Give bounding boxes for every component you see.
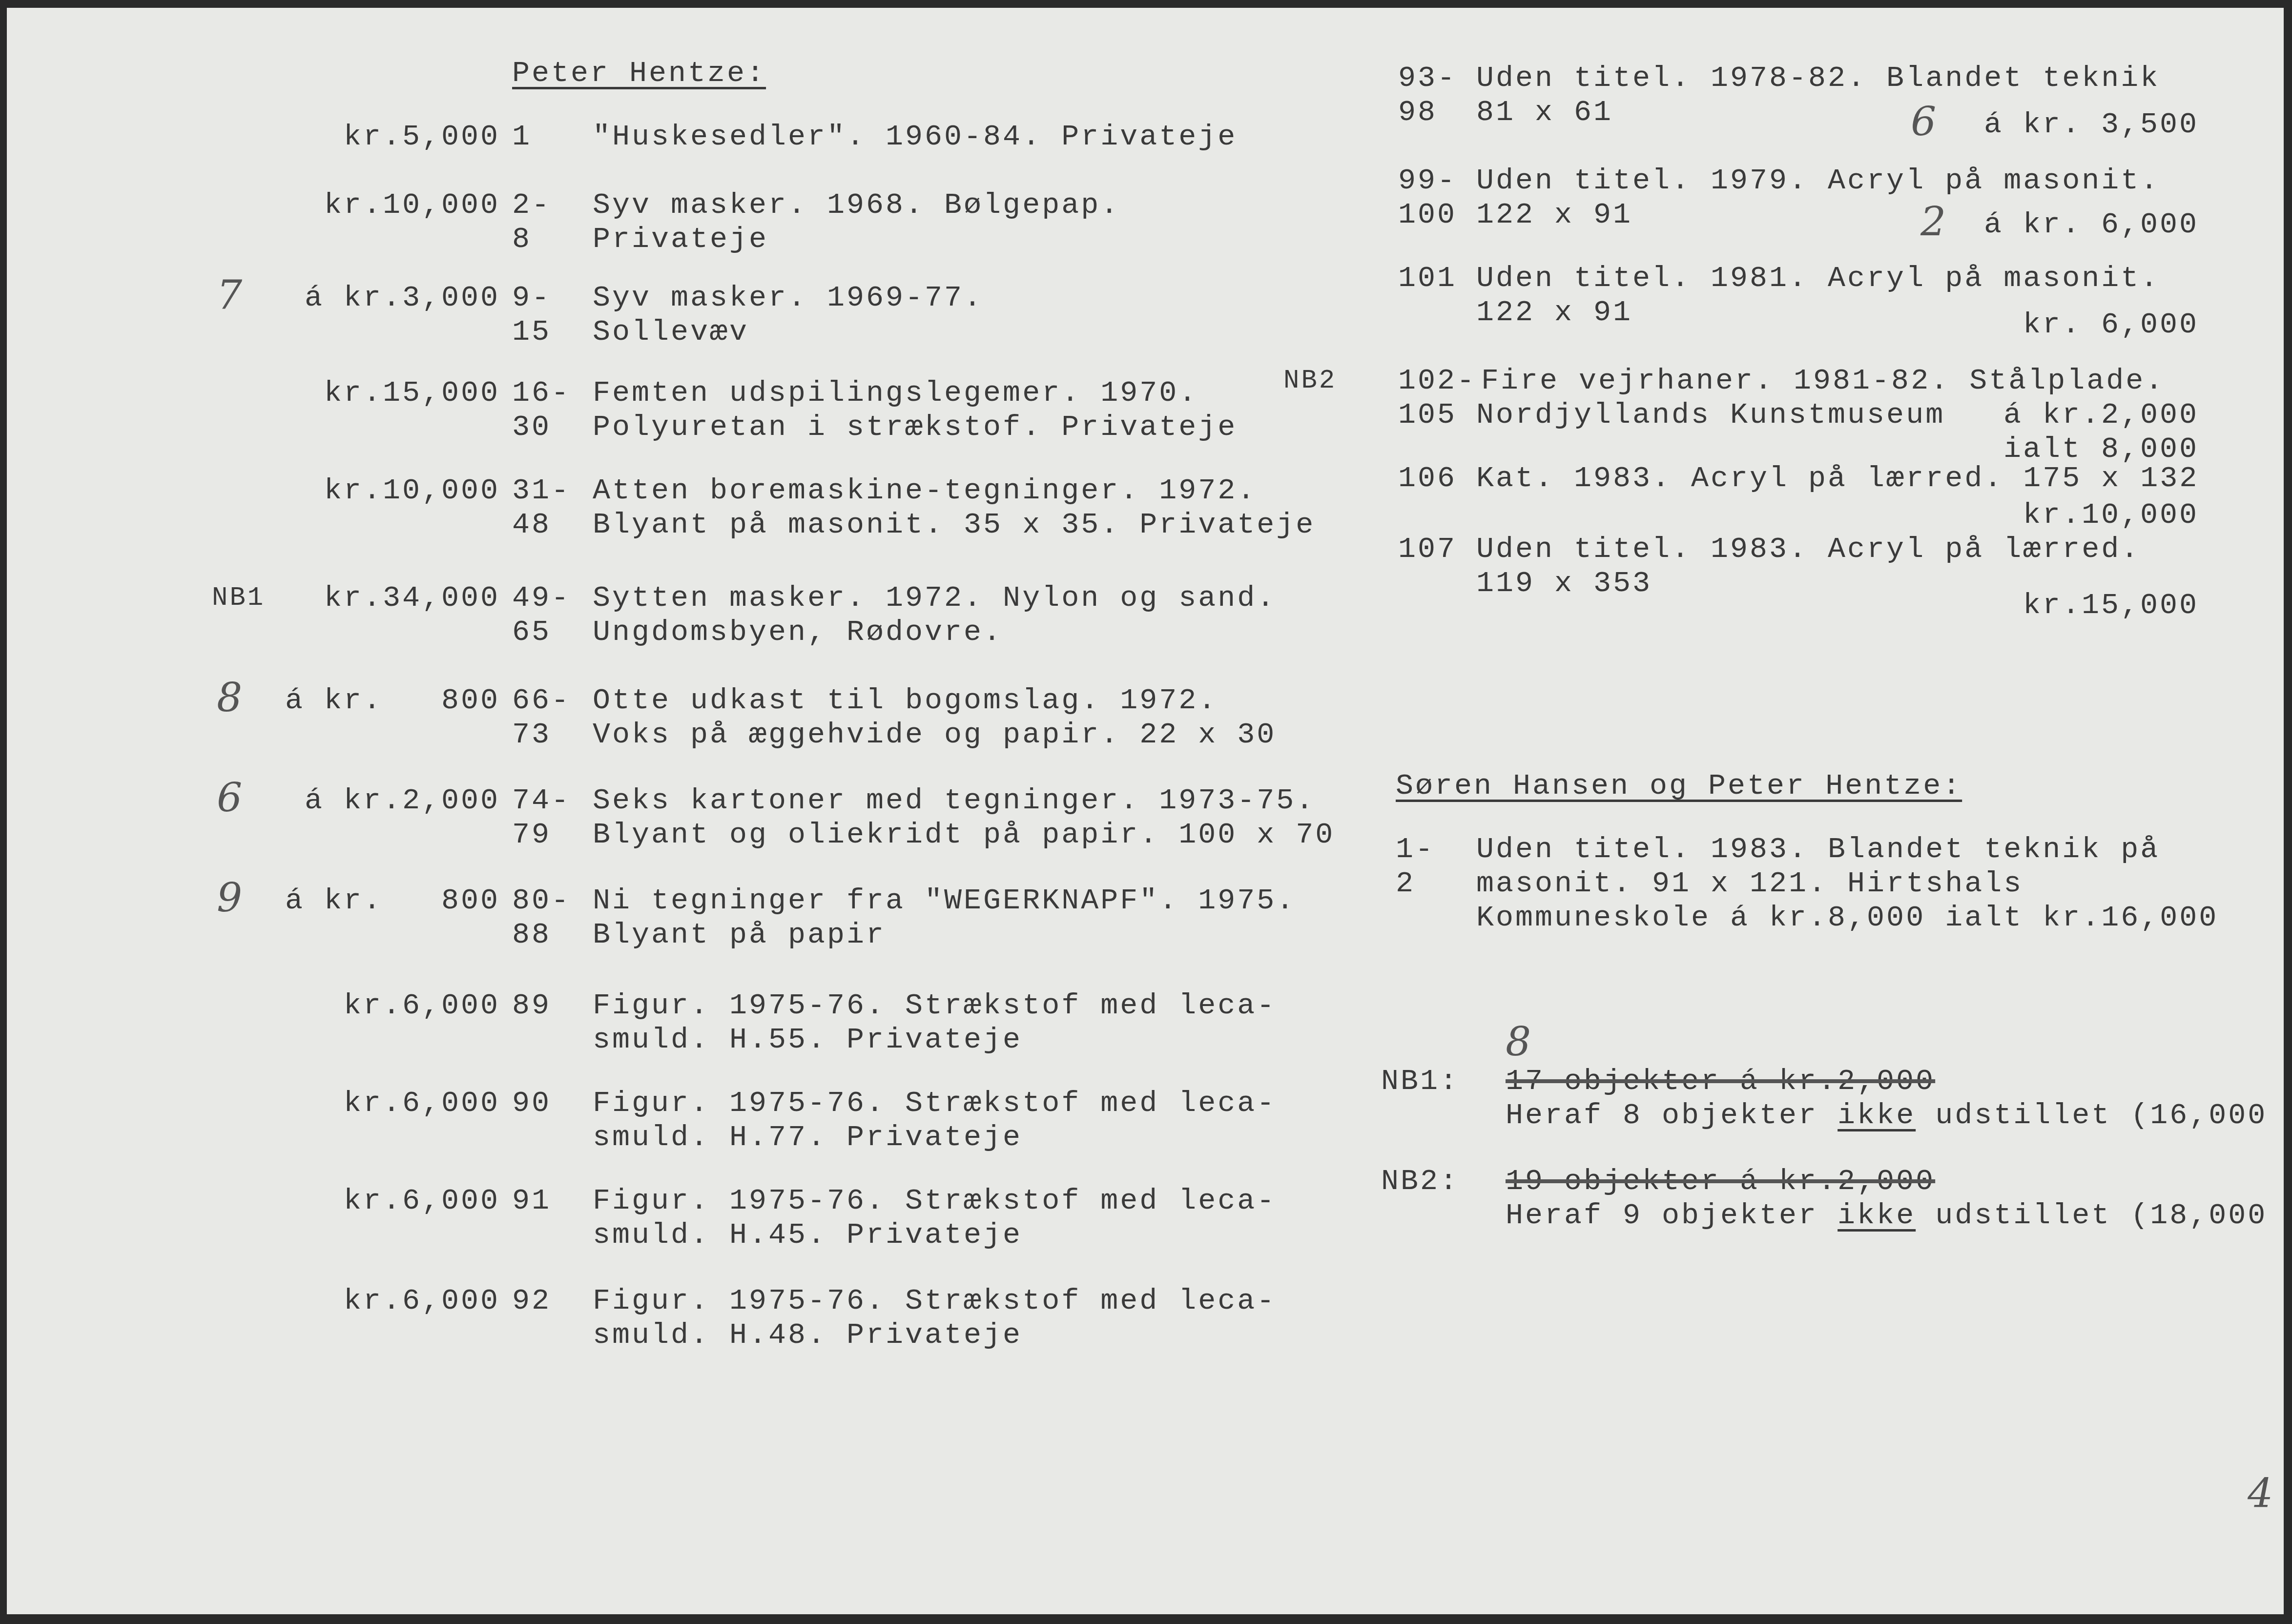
- entry-number-end: 73: [512, 718, 551, 752]
- entry-line-1: Uden titel. 1979. Acryl på masonit.: [1476, 164, 2160, 198]
- entry-line-2: Sollevæv: [593, 315, 749, 349]
- entry-line-2: smuld. H.55. Privateje: [593, 1023, 1022, 1057]
- entry-line-1: Uden titel. 1983. Blandet teknik på: [1476, 833, 2160, 867]
- entry-line-1: Uden titel. 1978-82. Blandet teknik: [1476, 62, 2160, 96]
- count-mark: NB1: [212, 581, 265, 616]
- entry-number-start: 66-: [512, 684, 571, 718]
- entry-line-1: Figur. 1975-76. Strækstof med leca-: [593, 1184, 1276, 1218]
- entry-line-1: Seks kartoner med tegninger. 1973-75.: [593, 784, 1315, 818]
- entry-number-start: 91: [512, 1184, 551, 1218]
- price: á kr.2,000: [1862, 398, 2199, 432]
- price: kr.10,000: [270, 474, 500, 508]
- entry-number-start: 31-: [512, 474, 571, 508]
- price: á kr.3,000: [270, 281, 500, 315]
- entry-line-1: Uden titel. 1983. Acryl på lærred.: [1476, 533, 2140, 567]
- entry-line-1: Atten boremaskine-tegninger. 1972.: [593, 474, 1257, 508]
- entry-line-2: 122 x 91: [1476, 296, 1632, 330]
- entry-line-2: 81 x 61: [1476, 96, 1613, 130]
- entry-number-end: 2: [1396, 867, 1415, 901]
- entry-line-1: Fire vejrhaner. 1981-82. Stålplade.: [1481, 364, 2165, 398]
- page-number: 4: [2248, 1472, 2273, 1516]
- entry-number-start: 1: [512, 120, 532, 154]
- entry-number-start: 89: [512, 989, 551, 1023]
- struck-text: 17 objekter á kr.2,000: [1506, 1065, 1935, 1099]
- entry-line-2: Blyant på papir: [593, 918, 886, 952]
- entry-line-1: Syv masker. 1968. Bølgepap.: [593, 188, 1120, 223]
- heading-peter-hentze: Peter Hentze:: [512, 57, 766, 91]
- entry-line-2: masonit. 91 x 121. Hirtshals: [1476, 867, 2023, 901]
- entry-number-end: 98: [1398, 96, 1437, 130]
- entry-number-end: 88: [512, 918, 551, 952]
- entry-number-end: 79: [512, 818, 551, 852]
- entry-line-1: Kat. 1983. Acryl på lærred. 175 x 132: [1476, 462, 2199, 496]
- entry-line-2: Blyant på masonit. 35 x 35. Privateje: [593, 508, 1315, 542]
- entry-line-2: smuld. H.77. Privateje: [593, 1121, 1022, 1155]
- price: kr.10,000: [270, 188, 500, 223]
- price: kr.6,000: [270, 1284, 500, 1318]
- entry-number-start: 16-: [512, 376, 571, 411]
- entry-number-start: 90: [512, 1087, 551, 1121]
- price: kr.15,000: [1862, 589, 2199, 623]
- count-mark: 7: [217, 274, 242, 318]
- entry-number-start: 106: [1398, 462, 1457, 496]
- entry-line-2: 119 x 353: [1476, 567, 1652, 601]
- price: kr.6,000: [270, 989, 500, 1023]
- entry-line-1: Syv masker. 1969-77.: [593, 281, 983, 315]
- entry-line-1: Otte udkast til bogomslag. 1972.: [593, 684, 1218, 718]
- entry-line-1: "Huskesedler". 1960-84. Privateje: [593, 120, 1237, 154]
- entry-number-end: 100: [1398, 198, 1457, 232]
- price: á kr. 6,000: [1862, 208, 2199, 242]
- document-page: Peter Hentze: kr.5,0001"Huskesedler". 19…: [7, 8, 2284, 1614]
- entry-number-start: 80-: [512, 884, 571, 918]
- note-label: NB2:: [1381, 1165, 1459, 1199]
- entry-number-end: 8: [512, 223, 532, 257]
- entry-line-1: Sytten masker. 1972. Nylon og sand.: [593, 581, 1276, 616]
- emphasis-ikke: ikke: [1838, 1199, 1916, 1233]
- entry-line-2: 122 x 91: [1476, 198, 1632, 232]
- price: kr.6,000: [270, 1087, 500, 1121]
- handwritten-correction: 8: [1506, 1021, 1531, 1065]
- entry-number-start: 2-: [512, 188, 551, 223]
- note-text: Heraf 8 objekter ikke udstillet (16,000: [1506, 1099, 2267, 1133]
- entry-line-1: Ni tegninger fra "WEGERKNAPF". 1975.: [593, 884, 1296, 918]
- note-text: Heraf 9 objekter ikke udstillet (18,000: [1506, 1199, 2267, 1233]
- heading-soren-hansen-peter-hentze: Søren Hansen og Peter Hentze:: [1396, 769, 1962, 803]
- entry-line-2: smuld. H.45. Privateje: [593, 1218, 1022, 1253]
- entry-number-start: 9-: [512, 281, 551, 315]
- entry-number-start: 74-: [512, 784, 571, 818]
- entry-line-2: Voks på æggehvide og papir. 22 x 30: [593, 718, 1276, 752]
- entry-line-3: Kommuneskole á kr.8,000 ialt kr.16,000: [1476, 901, 2218, 935]
- entry-line-1: Uden titel. 1981. Acryl på masonit.: [1476, 262, 2160, 296]
- entry-line-2: Polyuretan i strækstof. Privateje: [593, 411, 1237, 445]
- price: kr.10,000: [1862, 498, 2199, 533]
- entry-line-2: smuld. H.48. Privateje: [593, 1318, 1022, 1353]
- entry-number-end: 48: [512, 508, 551, 542]
- entry-number-start: 102-: [1398, 364, 1476, 398]
- count-mark: 8: [217, 677, 242, 720]
- price: kr.15,000: [270, 376, 500, 411]
- price: á kr. 800: [270, 684, 500, 718]
- entry-number-end: 105: [1398, 398, 1457, 432]
- price: á kr.2,000: [270, 784, 500, 818]
- count-mark: 6: [217, 777, 242, 821]
- entry-number-start: 107: [1398, 533, 1457, 567]
- entry-number-start: 101: [1398, 262, 1457, 296]
- price: kr.6,000: [270, 1184, 500, 1218]
- entry-number-start: 1-: [1396, 833, 1435, 867]
- entry-number-start: 93-: [1398, 62, 1457, 96]
- price: á kr. 800: [270, 884, 500, 918]
- entry-line-1: Figur. 1975-76. Strækstof med leca-: [593, 1087, 1276, 1121]
- entry-line-2: Ungdomsbyen, Rødovre.: [593, 616, 1003, 650]
- nb2-marker: NB2: [1283, 364, 1337, 398]
- entry-number-end: 30: [512, 411, 551, 445]
- entry-number-end: 15: [512, 315, 551, 349]
- entry-line-2: Blyant og oliekridt på papir. 100 x 70: [593, 818, 1335, 852]
- note-label: NB1:: [1381, 1065, 1459, 1099]
- entry-number-end: 65: [512, 616, 551, 650]
- price: kr. 6,000: [1862, 308, 2199, 342]
- entry-number-start: 99-: [1398, 164, 1457, 198]
- price: kr.34,000: [270, 581, 500, 616]
- emphasis-ikke: ikke: [1838, 1099, 1916, 1132]
- entry-number-start: 49-: [512, 581, 571, 616]
- entry-line-1: Figur. 1975-76. Strækstof med leca-: [593, 989, 1276, 1023]
- price: kr.5,000: [270, 120, 500, 154]
- entry-line-1: Figur. 1975-76. Strækstof med leca-: [593, 1284, 1276, 1318]
- struck-text: 19 objekter á kr.2,000: [1506, 1165, 1935, 1199]
- count-mark: 9: [217, 877, 242, 921]
- entry-line-2: Privateje: [593, 223, 768, 257]
- entry-number-start: 92: [512, 1284, 551, 1318]
- price: á kr. 3,500: [1862, 108, 2199, 142]
- entry-line-1: Femten udspilingslegemer. 1970.: [593, 376, 1198, 411]
